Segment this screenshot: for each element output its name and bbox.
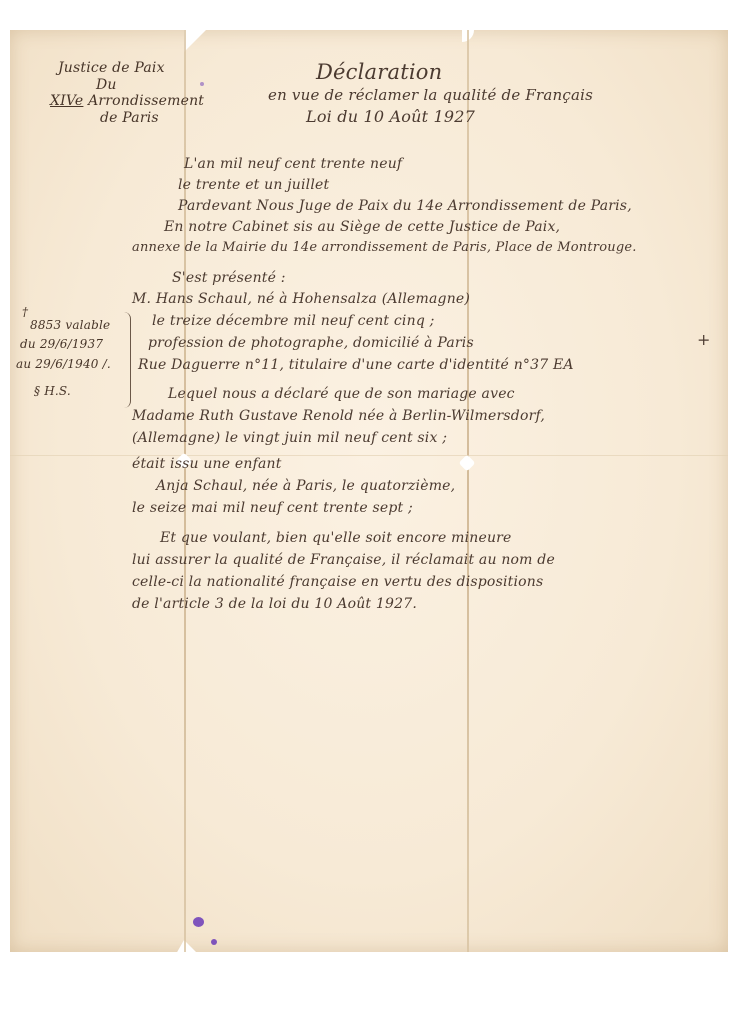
margin-note-line: du 29/6/1937 bbox=[20, 337, 103, 351]
body-line: Et que voulant, bien qu'elle soit encore… bbox=[160, 530, 512, 546]
document-subtitle: en vue de réclamer la qualité de Françai… bbox=[268, 86, 593, 104]
body-line: S'est présenté : bbox=[172, 270, 286, 286]
document-law-reference: Loi du 10 Août 1927 bbox=[306, 107, 475, 126]
body-line: En notre Cabinet sis au Siège de cette J… bbox=[164, 219, 560, 235]
margin-note-line: au 29/6/1940 /. bbox=[16, 357, 111, 371]
body-line: Pardevant Nous Juge de Paix du 14e Arron… bbox=[178, 198, 632, 214]
body-line: M. Hans Schaul, né à Hohensalza (Allemag… bbox=[132, 291, 470, 307]
fold-line bbox=[10, 455, 728, 456]
fold-line bbox=[467, 30, 469, 952]
body-line: annexe de la Mairie du 14e arrondissemen… bbox=[132, 240, 637, 255]
body-line: de l'article 3 de la loi du 10 Août 1927… bbox=[132, 596, 417, 612]
body-line: celle-ci la nationalité française en ver… bbox=[132, 574, 543, 590]
body-line: lui assurer la qualité de Française, il … bbox=[132, 552, 555, 568]
header-arrondissement-label: Arrondissement bbox=[88, 93, 204, 109]
body-line: (Allemagne) le vingt juin mil neuf cent … bbox=[132, 430, 447, 446]
margin-note-line: 8853 valable bbox=[30, 318, 110, 332]
ink-stain bbox=[193, 917, 204, 927]
margin-note-line: § H.S. bbox=[34, 384, 71, 398]
ink-stain bbox=[211, 939, 217, 945]
body-line: le seize mai mil neuf cent trente sept ; bbox=[132, 500, 413, 516]
body-line: le treize décembre mil neuf cent cinq ; bbox=[152, 313, 435, 329]
body-line: L'an mil neuf cent trente neuf bbox=[184, 156, 402, 172]
paper-corner-tear bbox=[184, 30, 206, 52]
header-roman-numeral: XIVe bbox=[50, 93, 83, 109]
body-line: Anja Schaul, née à Paris, le quatorzième… bbox=[156, 478, 455, 494]
header-de-paris: de Paris bbox=[100, 110, 159, 126]
body-line: était issu une enfant bbox=[132, 456, 282, 472]
ink-stain bbox=[200, 82, 204, 86]
body-line: Rue Daguerre n°11, titulaire d'une carte… bbox=[138, 357, 574, 373]
margin-bracket bbox=[124, 312, 131, 408]
right-margin-mark: + bbox=[697, 330, 711, 349]
header-arrondissement: XIVe Arrondissement bbox=[50, 93, 204, 109]
paper-corner-tear bbox=[176, 940, 198, 954]
document-title: Déclaration bbox=[316, 60, 442, 84]
margin-mark: † bbox=[22, 305, 28, 319]
body-line: Lequel nous a déclaré que de son mariage… bbox=[168, 386, 515, 402]
body-line: le trente et un juillet bbox=[178, 177, 329, 193]
body-line: profession de photographe, domicilié à P… bbox=[148, 335, 474, 351]
body-line: Madame Ruth Gustave Renold née à Berlin-… bbox=[132, 408, 545, 424]
header-justice-de-paix: Justice de Paix bbox=[58, 60, 165, 76]
header-du: Du bbox=[96, 77, 117, 93]
